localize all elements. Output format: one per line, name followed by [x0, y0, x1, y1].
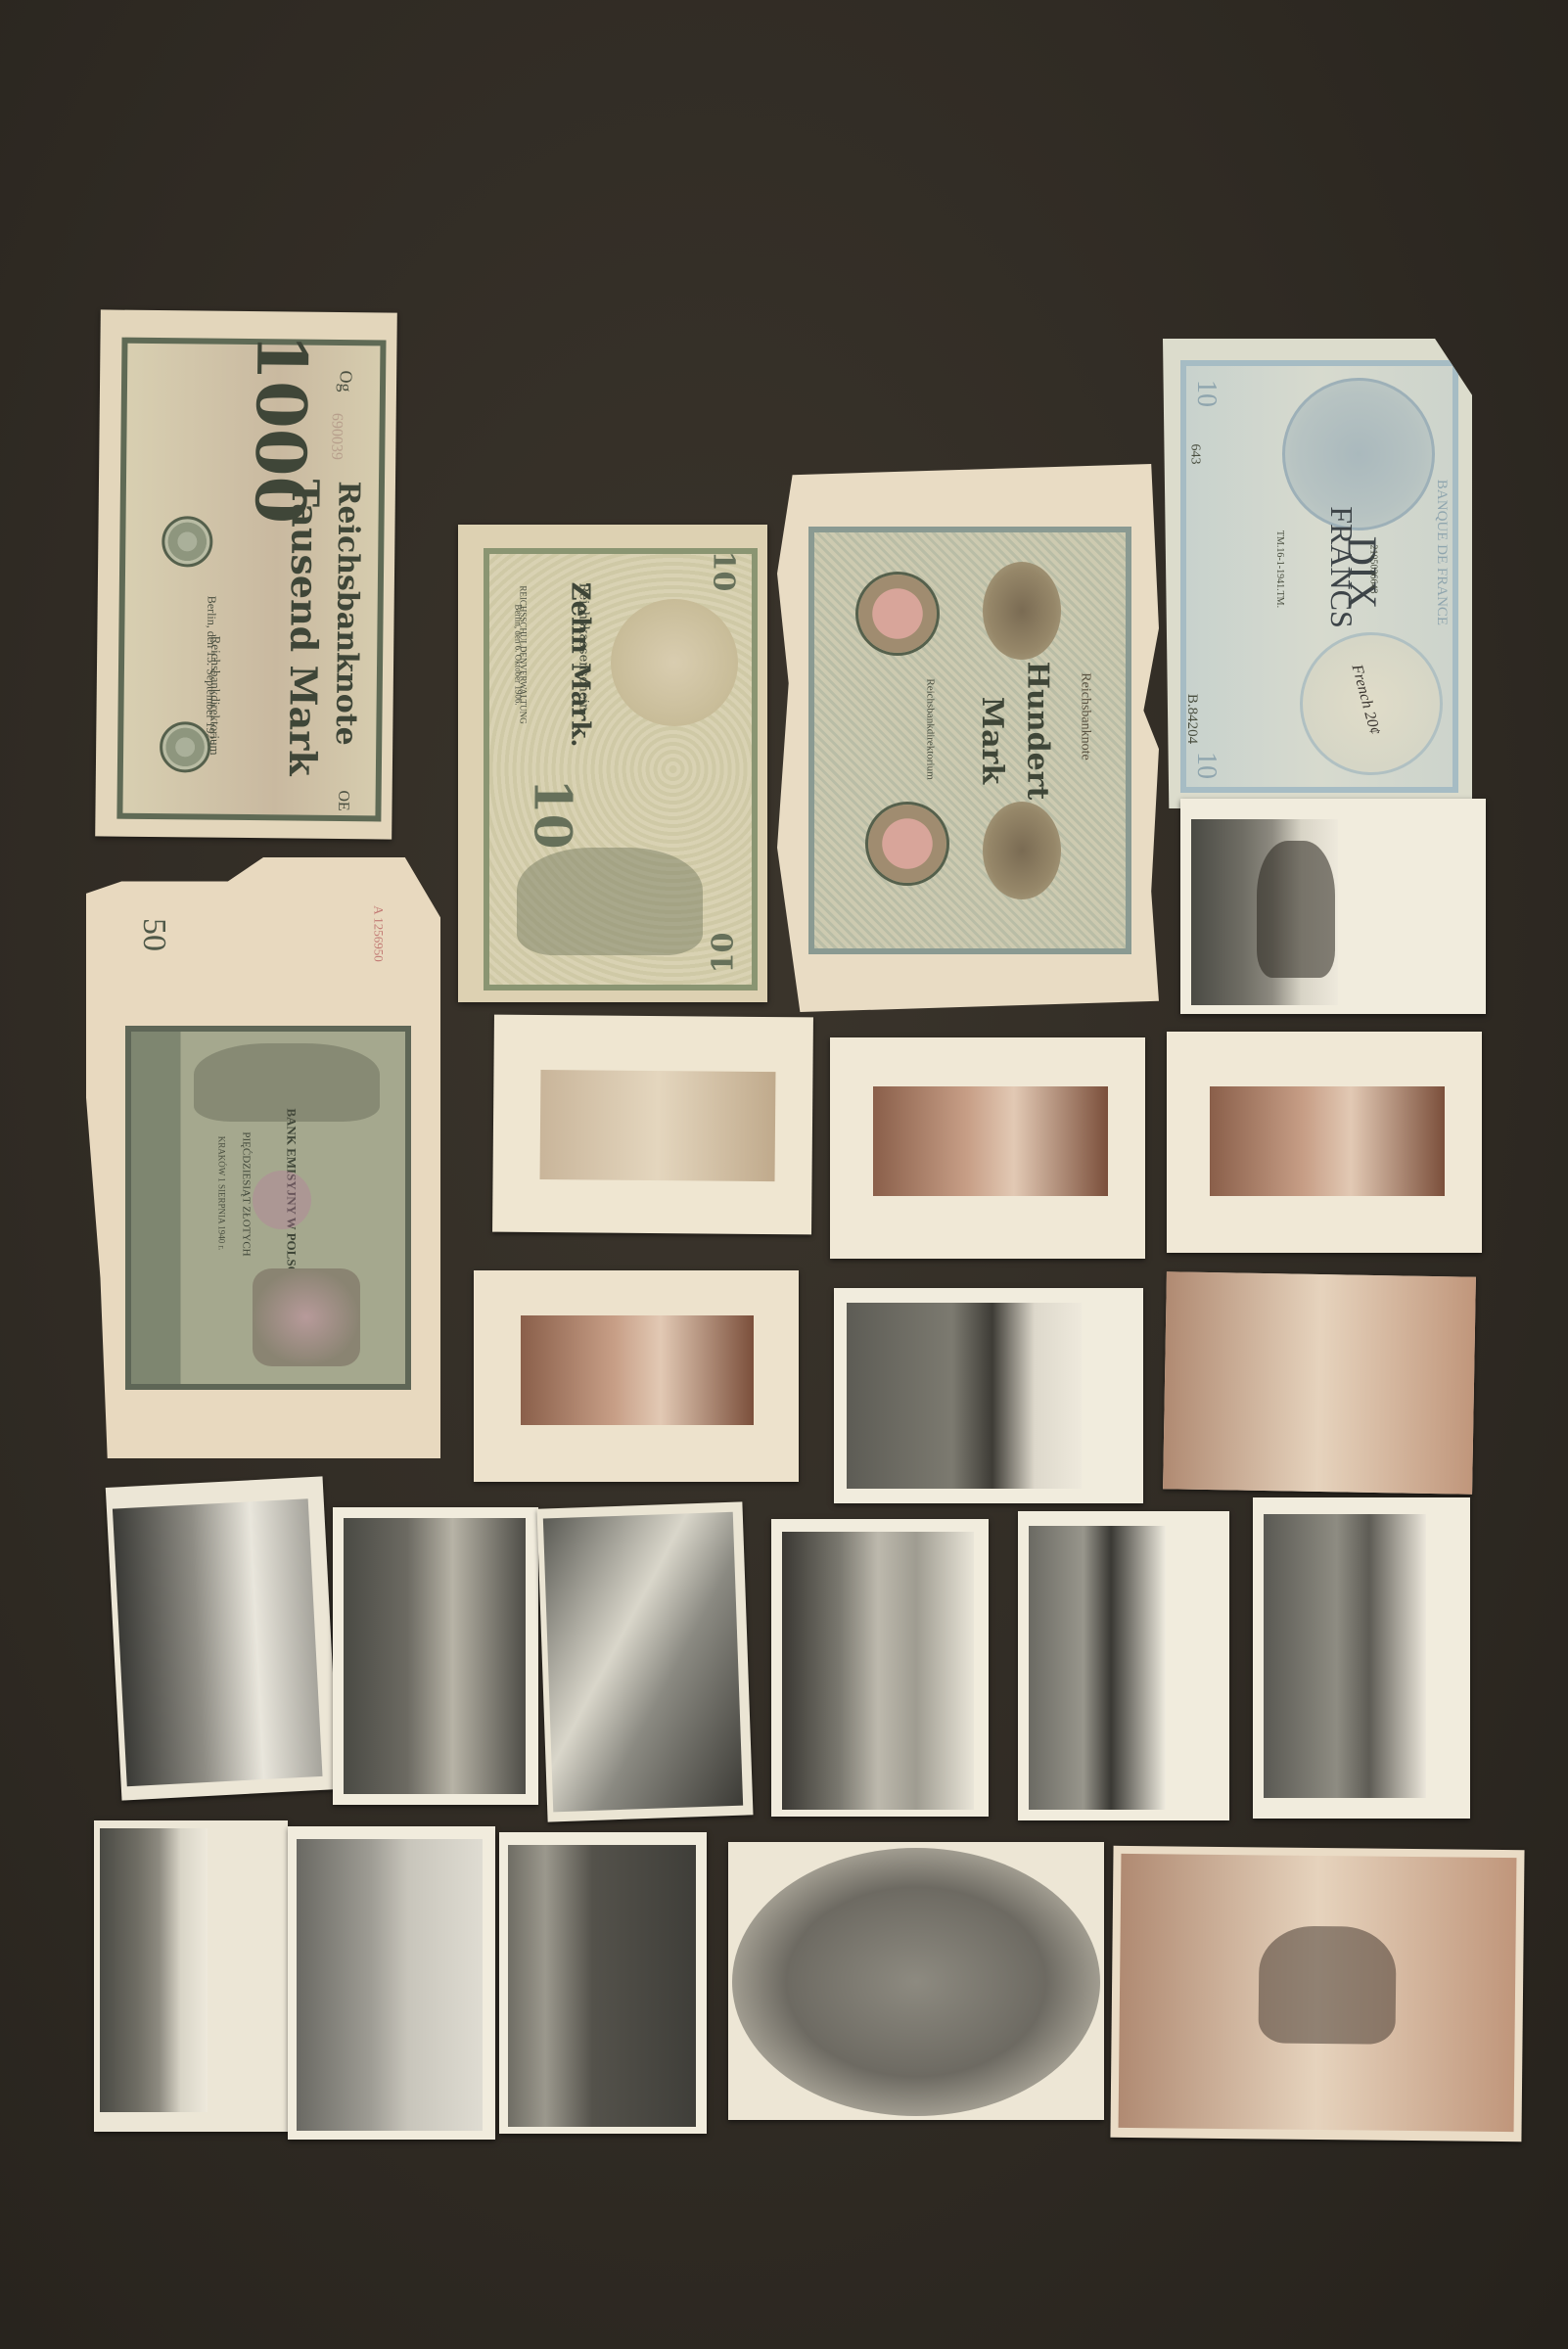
photo-car-men: Men beside a car: [771, 1519, 989, 1817]
banknote-10-francs: DIX FRANCS BANQUE DE FRANCE TM.16-1-1941…: [1163, 339, 1472, 808]
banknote-serial: A 1256950: [371, 905, 387, 961]
banknote-border-text: Reichsbanknote: [1078, 672, 1093, 760]
photo-soldiers-building: Soldiers in front of building: [106, 1476, 339, 1800]
banknote-title: Hundert: [1020, 662, 1054, 801]
banknote-bank-name: BANQUE DE FRANCE: [1433, 480, 1450, 625]
photo-seated-soldier: Soldier seated on chair by shutters: [1110, 1846, 1524, 2142]
photo-group-sepia: Group posing outdoors: [1163, 1271, 1476, 1494]
photo-men-lakeside: Men by a lake: [1018, 1511, 1229, 1820]
photo-horse-rider: Soldier with horse (vignetted): [728, 1842, 1104, 2120]
portrait-icon: [983, 562, 1061, 660]
banknote-date: KRAKÓW 1 SIERPNIA 1940 r.: [216, 1136, 226, 1251]
banknote-title: Reichsbanknote: [329, 481, 366, 746]
eagle-rosette-icon: [865, 802, 949, 886]
banknote-subtitle: PIĘĆDZIESIĄT ZŁOTYCH: [241, 1131, 253, 1256]
portrait-icon: [983, 802, 1061, 899]
banknote-serial-top: 2105036643: [1368, 545, 1379, 594]
banknote-issuer: Reichsbankdirektorium: [925, 678, 937, 779]
photo-couple-2: Couple standing: [830, 1037, 1145, 1259]
eagle-rosette-icon: [855, 572, 940, 656]
banknote-serial-bottom: B.84204: [1183, 694, 1200, 744]
photo-lake-view: Lake landscape: [288, 1826, 495, 2140]
reichsbank-seal-icon: [160, 721, 211, 773]
banknote-issuer: REICHSSCHULDENVERWALTUNG: [519, 585, 529, 723]
banknote-subtitle: FRANCS: [1323, 506, 1360, 628]
banknote-subtitle: Tausend Mark: [281, 479, 328, 775]
portrait-icon: [253, 1268, 360, 1366]
photo-group-grass: Group resting in tall grass: [1253, 1497, 1470, 1819]
banknote-subtitle: Zehn Mark.: [565, 582, 594, 748]
allegorical-figure: [517, 848, 703, 955]
banknote-1000-mark: 1000 Reichsbanknote Tausend Mark Berlin,…: [95, 309, 397, 839]
watermark-circle: [611, 599, 738, 726]
banknote-serial: 690039: [327, 413, 346, 460]
photo-group-lawn: Group sitting on lawn: [94, 1820, 288, 2132]
banknote-numeral: 10: [523, 778, 582, 849]
banknote-corner-code: OE: [334, 790, 351, 811]
banknote-serial-prefix: Og: [335, 370, 355, 391]
photo-group-field: Group of soldiers in a field: [1180, 799, 1486, 1014]
banknote-serial-left: 643: [1187, 444, 1203, 465]
water-stain: [253, 1171, 311, 1229]
banknote-issuer: Reichsbankdirektorium: [207, 636, 223, 756]
photo-couple-pale: Couple standing (faded print): [492, 1015, 813, 1235]
photo-group-lined-up: Group lined up outdoors: [333, 1507, 538, 1805]
banknote-numeral-corner: 10: [706, 933, 740, 974]
photo-group-sitting-glare: Group sitting (light leak): [536, 1501, 753, 1821]
banknote-10-mark: Reichskassenschein. Zehn Mark. Berlin, d…: [458, 525, 767, 1002]
banknote-date: TM.16-1-1941.TM.: [1274, 530, 1285, 608]
statue-figure: [194, 1043, 380, 1122]
photo-three-soldiers: Three men standing on grass: [834, 1288, 1143, 1503]
banknote-numeral-corner: 10: [1190, 752, 1222, 779]
banknote-100-mark: Hundert Mark Reichsbanknote Reichsbankdi…: [777, 464, 1159, 1012]
banknote-subtitle: Mark: [975, 697, 1009, 784]
photo-couple-3: Couple standing: [1167, 1032, 1482, 1253]
banknote-numeral: 50: [135, 918, 172, 951]
photo-couple-4: Couple standing: [474, 1270, 799, 1482]
banknote-50-zlotych: 50 A 1256950 BANK EMISYJNY W POLSCE PIĘĆ…: [86, 857, 440, 1458]
banknote-numeral-corner: 10: [1190, 380, 1222, 407]
banknote-numeral-corner: 10: [706, 551, 740, 592]
reichsbank-seal-icon: [161, 516, 213, 568]
photo-group-standing: Group standing on path: [499, 1832, 707, 2134]
